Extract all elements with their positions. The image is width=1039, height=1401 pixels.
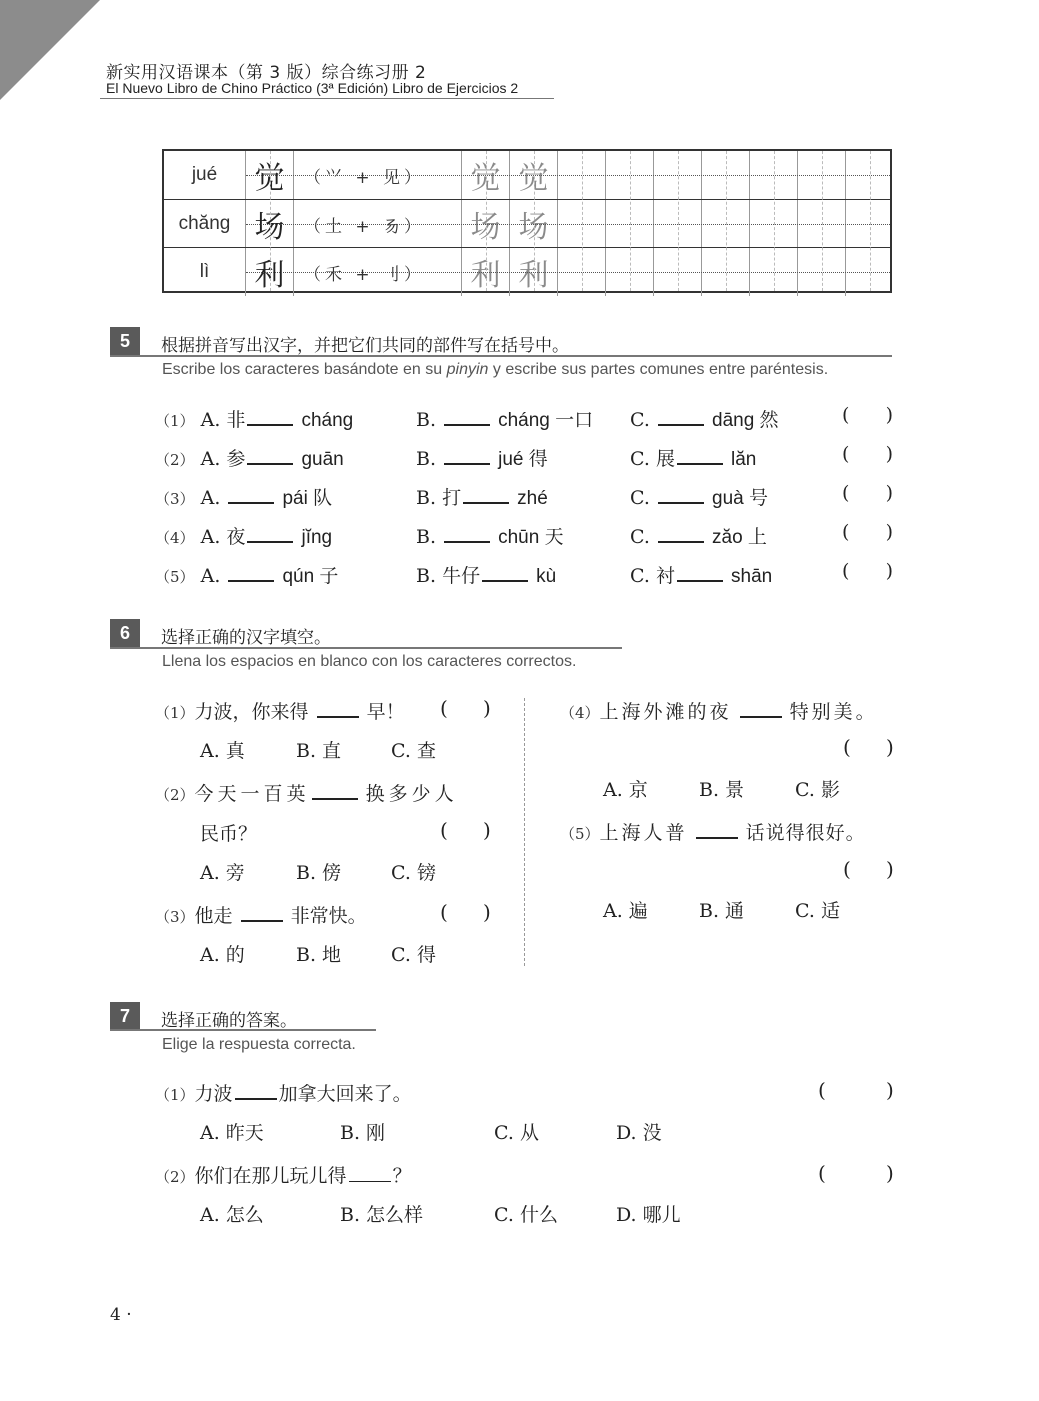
option-label: C. xyxy=(630,487,650,509)
guide-line xyxy=(822,151,823,291)
pinyin-text: cháng xyxy=(301,410,353,431)
option-b[interactable]: B. 景 xyxy=(699,775,744,802)
answer-blank[interactable] xyxy=(317,698,359,718)
answer-blank[interactable] xyxy=(247,406,293,426)
option-label: A. xyxy=(201,487,221,509)
paren-open[interactable]: ( xyxy=(818,1078,826,1102)
paren-close[interactable]: ) xyxy=(886,735,894,759)
page-number: 4 · xyxy=(110,1305,132,1325)
option-a[interactable]: A. 旁 xyxy=(200,858,245,885)
answer-blank[interactable] xyxy=(444,406,490,426)
paren-open[interactable]: ( xyxy=(843,857,851,881)
section-number-badge: 6 xyxy=(110,619,140,647)
answer-blank[interactable] xyxy=(247,445,293,465)
answer-blank[interactable] xyxy=(463,484,509,504)
option-label: A. xyxy=(201,565,221,587)
option-c[interactable]: C. 适 xyxy=(795,896,840,923)
item-number: （1） xyxy=(155,412,195,430)
question-text: 换多少人 xyxy=(366,783,458,805)
section-number-badge: 5 xyxy=(110,327,140,355)
option-a[interactable]: A. 的 xyxy=(200,940,245,967)
item-number: （4） xyxy=(560,704,600,722)
question-text: 非常快。 xyxy=(291,905,367,927)
section-title: 选择正确的汉字填空。 xyxy=(161,623,331,648)
option-label: B. xyxy=(416,487,436,509)
section-instruction: Llena los espacios en blanco con los car… xyxy=(162,653,576,671)
answer-blank[interactable] xyxy=(349,1163,391,1182)
option-label: A. xyxy=(201,409,221,431)
item-number: （5） xyxy=(155,568,195,586)
answer-blank[interactable] xyxy=(241,902,283,922)
answer-blank[interactable] xyxy=(740,698,782,718)
paren-close[interactable]: ) xyxy=(886,1161,894,1185)
option-a[interactable]: A. 昨天 xyxy=(200,1118,264,1145)
guide-line xyxy=(534,151,535,291)
option-a[interactable]: A. 怎么 xyxy=(200,1200,264,1227)
answer-parentheses[interactable]: ( ) xyxy=(842,404,893,426)
item-number: （3） xyxy=(155,490,195,508)
option-c[interactable]: C. 镑 xyxy=(391,858,436,885)
given-char: 衬 xyxy=(656,565,675,587)
option-label: B. xyxy=(416,526,436,548)
exercise7-question: （2）你们在那儿玩儿得？ xyxy=(155,1161,412,1188)
pinyin-text: qún 子 xyxy=(282,566,338,587)
answer-blank[interactable] xyxy=(482,562,528,582)
exercise7-question: （1）力波加拿大回来了。 xyxy=(155,1079,412,1106)
question-text: ？ xyxy=(393,1165,412,1187)
answer-blank[interactable] xyxy=(677,562,723,582)
pinyin-cell: chăng xyxy=(164,200,246,248)
given-char: 打 xyxy=(442,487,461,509)
paren-open[interactable]: ( xyxy=(440,818,448,842)
answer-blank[interactable] xyxy=(658,523,704,543)
item-number: （4） xyxy=(155,529,195,547)
pinyin-text: chūn 天 xyxy=(498,527,563,548)
option-c[interactable]: C. 什么 xyxy=(494,1200,558,1227)
option-d[interactable]: D. 哪儿 xyxy=(616,1200,681,1227)
instruction-text: Escribe los caracteres basándote en su xyxy=(162,361,447,378)
section-divider xyxy=(110,647,622,649)
pinyin-text: cháng 一口 xyxy=(498,410,593,431)
paren-close[interactable]: ) xyxy=(483,818,491,842)
answer-blank[interactable] xyxy=(658,406,704,426)
paren-open[interactable]: ( xyxy=(843,735,851,759)
question-text: 你们在那儿玩儿得 xyxy=(195,1165,347,1187)
paren-open[interactable]: ( xyxy=(818,1161,826,1185)
item-number: （2） xyxy=(155,786,195,804)
item-number: （2） xyxy=(155,451,195,469)
practice-row: lì 利 （禾 + 刂） 利 利 xyxy=(164,247,890,296)
guide-line xyxy=(246,175,890,176)
item-number: （5） xyxy=(560,825,600,843)
question-text: 早！ xyxy=(367,701,405,723)
paren-open[interactable]: ( xyxy=(440,696,448,720)
option-label: A. xyxy=(201,448,221,470)
option-a[interactable]: A. 遍 xyxy=(603,896,648,923)
instruction-text: y escribe sus partes comunes entre parén… xyxy=(488,361,828,378)
option-b[interactable]: B. 傍 xyxy=(296,858,341,885)
pinyin-text: jĭng xyxy=(301,527,332,548)
option-c[interactable]: C. 查 xyxy=(391,736,436,763)
exercise6-question: （3）他走 非常快。 xyxy=(155,901,367,928)
pinyin-text: zăo 上 xyxy=(712,527,767,548)
section-instruction: Escribe los caracteres basándote en su p… xyxy=(162,361,828,379)
answer-blank[interactable] xyxy=(444,445,490,465)
guide-line xyxy=(726,151,727,291)
question-text: 上海人普 xyxy=(600,822,688,844)
pinyin-text: zhé xyxy=(517,488,548,509)
paren-close[interactable]: ) xyxy=(886,1078,894,1102)
guide-line xyxy=(870,151,871,291)
item-number: （3） xyxy=(155,908,195,926)
question-text: 话说得很好。 xyxy=(746,822,866,844)
option-a[interactable]: A. 真 xyxy=(200,736,245,763)
question-text: 力波，你来得 xyxy=(195,701,309,723)
option-b[interactable]: B. 地 xyxy=(296,940,341,967)
pinyin-text: guà 号 xyxy=(712,488,768,509)
guide-line xyxy=(774,151,775,291)
character-practice-table: jué 觉 （⺍ + 见） 觉 觉 chăng 场 （土 + 𠃓） 场 场 lì… xyxy=(162,149,892,293)
question-text: 特别美。 xyxy=(790,701,878,723)
section-divider xyxy=(110,1029,376,1031)
instruction-italic: pinyin xyxy=(447,361,489,378)
pinyin-text: lăn xyxy=(731,449,756,470)
guide-line xyxy=(270,151,271,291)
paren-close[interactable]: ) xyxy=(483,696,491,720)
question-text: 力波 xyxy=(195,1083,233,1105)
answer-blank[interactable] xyxy=(235,1080,277,1100)
exercise6-question: （4）上海外滩的夜 特别美。 xyxy=(560,697,878,724)
given-char: 牛仔 xyxy=(442,565,480,587)
item-number: （1） xyxy=(155,704,195,722)
option-label: A. xyxy=(201,526,221,548)
exercise6-question: （5）上海人普 话说得很好。 xyxy=(560,818,866,845)
question-text: 他走 xyxy=(195,905,233,927)
question-text: 今天一百英 xyxy=(195,783,310,805)
paren-open[interactable]: ( xyxy=(440,900,448,924)
pinyin-text: dāng 然 xyxy=(712,410,779,431)
item-number: （1） xyxy=(155,1086,195,1104)
given-char: 非 xyxy=(226,409,245,431)
answer-parentheses[interactable]: ( ) xyxy=(842,443,893,465)
option-b[interactable]: B. 直 xyxy=(296,736,341,763)
answer-blank[interactable] xyxy=(444,523,490,543)
question-text: 加拿大回来了。 xyxy=(279,1083,412,1105)
pinyin-text: jué 得 xyxy=(498,449,548,470)
guide-line xyxy=(246,224,890,225)
option-label: B. xyxy=(416,565,436,587)
option-d[interactable]: D. 没 xyxy=(616,1118,662,1145)
column-divider xyxy=(524,698,525,966)
guide-line xyxy=(486,151,487,291)
answer-blank[interactable] xyxy=(247,523,293,543)
option-b[interactable]: B. 怎么样 xyxy=(340,1200,423,1227)
option-c[interactable]: C. 得 xyxy=(391,940,436,967)
paren-close[interactable]: ) xyxy=(886,857,894,881)
answer-blank[interactable] xyxy=(228,484,274,504)
option-b[interactable]: B. 刚 xyxy=(340,1118,385,1145)
answer-parentheses[interactable]: ( ) xyxy=(842,521,893,543)
option-label: C. xyxy=(630,526,650,548)
practice-row: jué 觉 （⺍ + 见） 觉 觉 xyxy=(164,151,890,199)
option-label: B. xyxy=(416,448,436,470)
pinyin-text: guān xyxy=(301,449,343,470)
pinyin-text: kù xyxy=(536,566,556,587)
item-number: （2） xyxy=(155,1168,195,1186)
answer-blank[interactable] xyxy=(312,780,358,800)
question-text: 上海外滩的夜 xyxy=(600,701,732,723)
exercise6-question: （1）力波，你来得 早！ xyxy=(155,697,405,724)
option-label: C. xyxy=(630,409,650,431)
section-number-badge: 7 xyxy=(110,1002,140,1030)
paren-close[interactable]: ) xyxy=(483,900,491,924)
pinyin-text: pái 队 xyxy=(282,488,332,509)
pinyin-cell: lì xyxy=(164,248,246,296)
option-label: C. xyxy=(630,565,650,587)
given-char: 参 xyxy=(226,448,245,470)
corner-decoration xyxy=(0,0,100,100)
given-char: 夜 xyxy=(226,526,245,548)
answer-parentheses[interactable]: ( ) xyxy=(842,482,893,504)
guide-line xyxy=(246,272,890,273)
given-char: 展 xyxy=(656,448,675,470)
answer-blank[interactable] xyxy=(658,484,704,504)
pinyin-cell: jué xyxy=(164,151,246,199)
option-label: C. xyxy=(630,448,650,470)
answer-blank[interactable] xyxy=(677,445,723,465)
option-label: B. xyxy=(416,409,436,431)
section-title: 选择正确的答案。 xyxy=(161,1006,297,1031)
practice-row: chăng 场 （土 + 𠃓） 场 场 xyxy=(164,199,890,248)
guide-line xyxy=(678,151,679,291)
exercise6-question: （2）今天一百英 换多少人 xyxy=(155,779,458,806)
question-text-continued: 民币？ xyxy=(200,819,257,846)
header-divider xyxy=(100,98,554,99)
option-b[interactable]: B. 通 xyxy=(699,896,744,923)
guide-line xyxy=(630,151,631,291)
guide-line xyxy=(582,151,583,291)
section-divider xyxy=(110,355,892,357)
option-c[interactable]: C. 从 xyxy=(494,1118,539,1145)
book-title-spanish: El Nuevo Libro de Chino Práctico (3ª Edi… xyxy=(106,80,518,96)
section-instruction: Elige la respuesta correcta. xyxy=(162,1036,356,1054)
section-title: 根据拼音写出汉字，并把它们共同的部件写在括号中。 xyxy=(161,331,569,356)
option-a[interactable]: A. 京 xyxy=(603,775,648,802)
answer-blank[interactable] xyxy=(228,562,274,582)
answer-blank[interactable] xyxy=(696,819,738,839)
pinyin-text: shān xyxy=(731,566,772,587)
option-c[interactable]: C. 影 xyxy=(795,775,840,802)
answer-parentheses[interactable]: ( ) xyxy=(842,560,893,582)
